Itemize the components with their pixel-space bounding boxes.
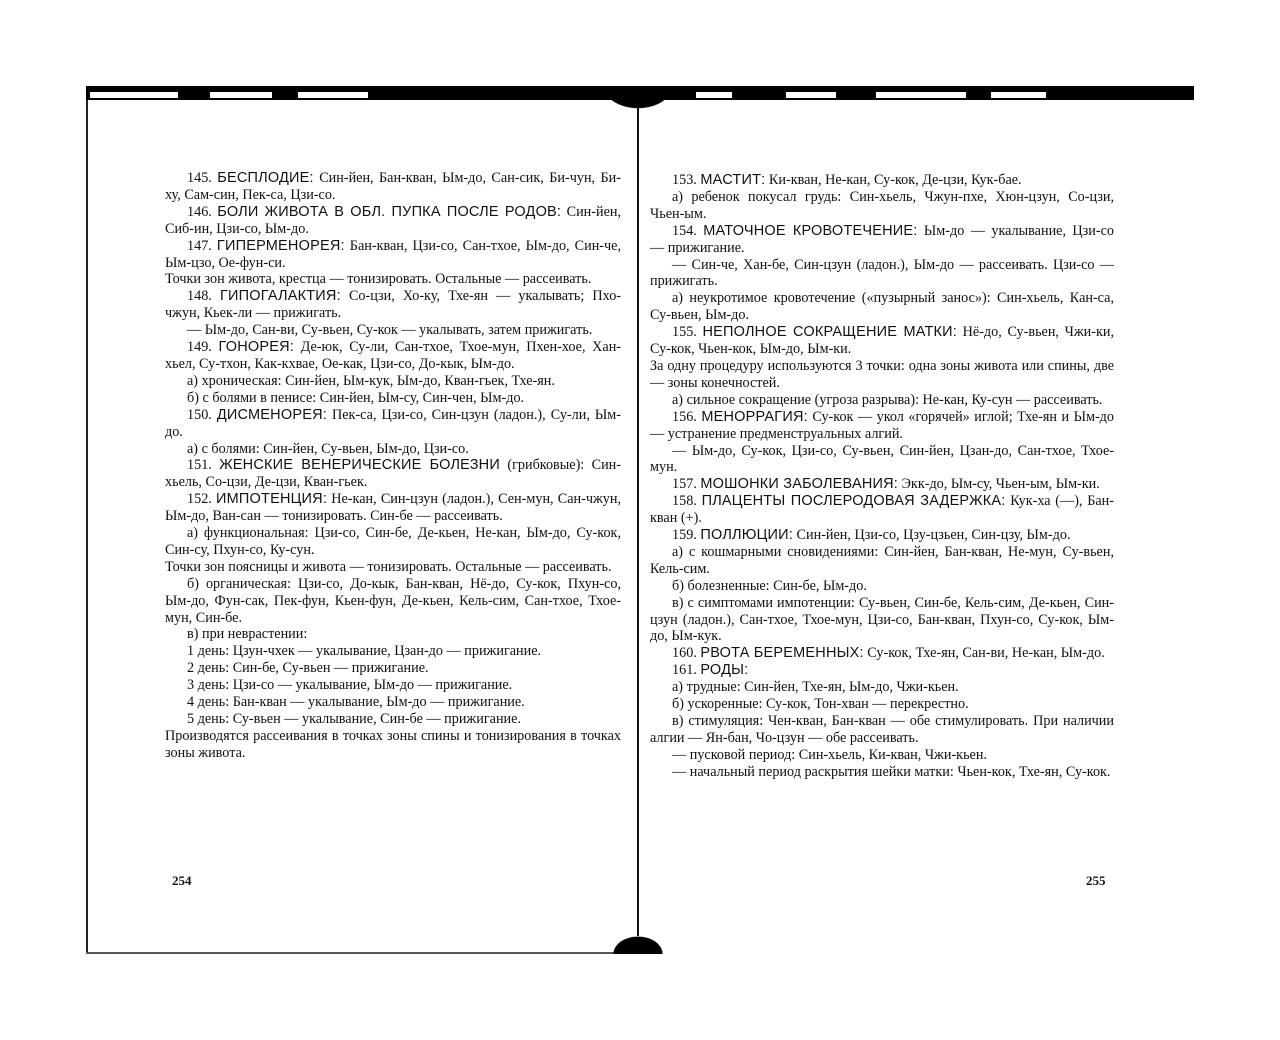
entry-title: ГОНОРЕЯ: <box>218 339 294 355</box>
entry-152: 152. ИМПОТЕНЦИЯ: Не-кан, Син-цзун (ладон… <box>165 491 621 525</box>
entry-title: РВОТА БЕРЕМЕННЫХ: <box>700 645 863 661</box>
entry-title: НЕПОЛНОЕ СОКРАЩЕНИЕ МАТКИ: <box>702 324 957 340</box>
entry-number: 153. <box>672 172 700 188</box>
sub-item: а) с кошмарными сновидениями: Син-йен, Б… <box>650 544 1114 578</box>
entry-159: 159. ПОЛЛЮЦИИ: Син-йен, Цзи-со, Цзу-цзье… <box>650 527 1114 544</box>
entry-title: МАТОЧНОЕ КРОВОТЕЧЕНИЕ: <box>703 223 917 239</box>
sub-item: — пусковой период: Син-хьель, Ки-кван, Ч… <box>650 747 1114 764</box>
entry-points: Ки-кван, Не-кан, Су-кок, Де-цзи, Кук-бае… <box>765 172 1021 188</box>
sub-item: в) стимуляция: Чен-кван, Бан-кван — обе … <box>650 713 1114 747</box>
entry-number: 148. <box>187 288 220 304</box>
right-page: 153. МАСТИТ: Ки-кван, Не-кан, Су-кок, Де… <box>650 172 1114 781</box>
entry-145: 145. БЕСПЛОДИЕ: Син-йен, Бан-кван, Ым-до… <box>165 170 621 204</box>
entry-146: 146. БОЛИ ЖИВОТА В ОБЛ. ПУПКА ПОСЛЕ РОДО… <box>165 204 621 238</box>
sub-item: 5 день: Су-вьен — укалывание, Син-бе — п… <box>165 711 621 728</box>
entry-number: 157. <box>672 476 700 492</box>
entry-title: ИМПОТЕНЦИЯ: <box>216 491 327 507</box>
entry-147: 147. ГИПЕРМЕНОРЕЯ: Бан-кван, Цзи-со, Сан… <box>165 238 621 272</box>
entry-153: 153. МАСТИТ: Ки-кван, Не-кан, Су-кок, Де… <box>650 172 1114 189</box>
entry-148: 148. ГИПОГАЛАКТИЯ: Со-цзи, Хо-ку, Тхе-ян… <box>165 288 621 322</box>
sub-item: в) при неврастении: <box>165 626 621 643</box>
sub-item: 4 день: Бан-кван — укалывание, Ым-до — п… <box>165 694 621 711</box>
entry-number: 155. <box>672 324 702 340</box>
sub-item: — Син-че, Хан-бе, Син-цзун (ладон.), Ым-… <box>650 257 1114 291</box>
entry-149: 149. ГОНОРЕЯ: Де-юк, Су-ли, Сан-тхое, Тх… <box>165 339 621 373</box>
entry-title: ПЛАЦЕНТЫ ПОСЛЕРОДОВАЯ ЗАДЕРЖКА: <box>702 493 1006 509</box>
entry-points: Су-кок, Тхе-ян, Сан-ви, Не-кан, Ым-до. <box>864 645 1105 661</box>
entry-154: 154. МАТОЧНОЕ КРОВОТЕЧЕНИЕ: Ым-до — укал… <box>650 223 1114 257</box>
note-paragraph: За одну процедуру используются 3 точки: … <box>650 358 1114 392</box>
page-number-right: 255 <box>1086 873 1106 889</box>
sub-item: а) ребенок покусал грудь: Син-хьель, Чжу… <box>650 189 1114 223</box>
sub-item: в) с симптомами импотенции: Су-вьен, Син… <box>650 595 1114 646</box>
entry-points: Экк-до, Ым-су, Чьен-ым, Ым-ки. <box>898 476 1100 492</box>
entry-title: ДИСМЕНОРЕЯ: <box>217 407 327 423</box>
entry-number: 152. <box>187 491 216 507</box>
sub-item: б) ускоренные: Су-кок, Тон-хван — перекр… <box>650 696 1114 713</box>
left-page-bottom-edge <box>86 952 626 954</box>
entry-title: ПОЛЛЮЦИИ: <box>700 527 793 543</box>
entry-161: 161. РОДЫ: <box>650 662 1114 679</box>
entry-title: БОЛИ ЖИВОТА В ОБЛ. ПУПКА ПОСЛЕ РОДОВ: <box>217 204 561 220</box>
note-paragraph: Точки зон поясницы и живота — тонизирова… <box>165 559 621 576</box>
entry-title: МАСТИТ: <box>700 172 765 188</box>
sub-item: б) болезненные: Син-бе, Ым-до. <box>650 578 1114 595</box>
entry-number: 145. <box>187 170 217 186</box>
entry-number: 160. <box>672 645 700 661</box>
entry-title: ГИПОГАЛАКТИЯ: <box>220 288 341 304</box>
entry-number: 151. <box>187 457 219 473</box>
entry-157: 157. МОШОНКИ ЗАБОЛЕВАНИЯ: Экк-до, Ым-су,… <box>650 476 1114 493</box>
sub-item: — Ым-до, Су-кок, Цзи-со, Су-вьен, Син-йе… <box>650 443 1114 477</box>
sub-item: а) хроническая: Син-йен, Ым-кук, Ым-до, … <box>165 373 621 390</box>
entry-number: 150. <box>187 407 217 423</box>
entry-number: 147. <box>187 238 217 254</box>
sub-item: а) трудные: Син-йен, Тхе-ян, Ым-до, Чжи-… <box>650 679 1114 696</box>
sub-item: 3 день: Цзи-со — укалывание, Ым-до — при… <box>165 677 621 694</box>
entry-number: 161. <box>672 662 700 678</box>
entry-150: 150. ДИСМЕНОРЕЯ: Пек-са, Цзи-со, Син-цзу… <box>165 407 621 441</box>
entry-title: ГИПЕРМЕНОРЕЯ: <box>217 238 345 254</box>
note-paragraph: Точки зон живота, крестца — тонизировать… <box>165 271 621 288</box>
note-paragraph: Производятся рассеивания в точках зоны с… <box>165 728 621 762</box>
entry-title: ЖЕНСКИЕ ВЕНЕРИЧЕСКИЕ БОЛЕЗНИ <box>219 457 500 473</box>
entry-title: МЕНОРРАГИЯ: <box>701 409 808 425</box>
entry-number: 154. <box>672 223 703 239</box>
entry-title: БЕСПЛОДИЕ: <box>217 170 314 186</box>
sub-item: а) функциональная: Цзи-со, Син-бе, Де-кь… <box>165 525 621 559</box>
entry-160: 160. РВОТА БЕРЕМЕННЫХ: Су-кок, Тхе-ян, С… <box>650 645 1114 662</box>
entry-number: 158. <box>672 493 702 509</box>
book-spine <box>635 86 641 954</box>
sub-item: б) органическая: Цзи-со, До-кык, Бан-ква… <box>165 576 621 627</box>
sub-item: а) с болями: Син-йен, Су-вьен, Ым-до, Цз… <box>165 441 621 458</box>
sub-item: 2 день: Син-бе, Су-вьен — прижигание. <box>165 660 621 677</box>
sub-item: б) с болями в пенисе: Син-йен, Ым-су, Си… <box>165 390 621 407</box>
sub-item: — начальный период раскрытия шейки матки… <box>650 764 1114 781</box>
page-number-left: 254 <box>172 873 192 889</box>
entry-number: 146. <box>187 204 217 220</box>
sub-item: — Ым-до, Сан-ви, Су-вьен, Су-кок — укалы… <box>165 322 621 339</box>
entry-number: 149. <box>187 339 218 355</box>
entry-155: 155. НЕПОЛНОЕ СОКРАЩЕНИЕ МАТКИ: Нё-до, С… <box>650 324 1114 358</box>
sub-item: а) сильное сокращение (угроза разрыва): … <box>650 392 1114 409</box>
entry-points: Син-йен, Цзи-со, Цзу-цзьен, Син-цзу, Ым-… <box>793 527 1071 543</box>
left-page-edge <box>86 100 88 952</box>
left-page: 145. БЕСПЛОДИЕ: Син-йен, Бан-кван, Ым-до… <box>165 170 621 762</box>
entry-156: 156. МЕНОРРАГИЯ: Су-кок — укол «горячей»… <box>650 409 1114 443</box>
entry-title: МОШОНКИ ЗАБОЛЕВАНИЯ: <box>700 476 898 492</box>
entry-title: РОДЫ: <box>700 662 748 678</box>
entry-158: 158. ПЛАЦЕНТЫ ПОСЛЕРОДОВАЯ ЗАДЕРЖКА: Кук… <box>650 493 1114 527</box>
entry-151: 151. ЖЕНСКИЕ ВЕНЕРИЧЕСКИЕ БОЛЕЗНИ (грибк… <box>165 457 621 491</box>
sub-item: 1 день: Цзун-чхек — укалывание, Цзан-до … <box>165 643 621 660</box>
entry-number: 159. <box>672 527 700 543</box>
entry-number: 156. <box>672 409 701 425</box>
sub-item: а) неукротимое кровотечение («пузырный з… <box>650 290 1114 324</box>
